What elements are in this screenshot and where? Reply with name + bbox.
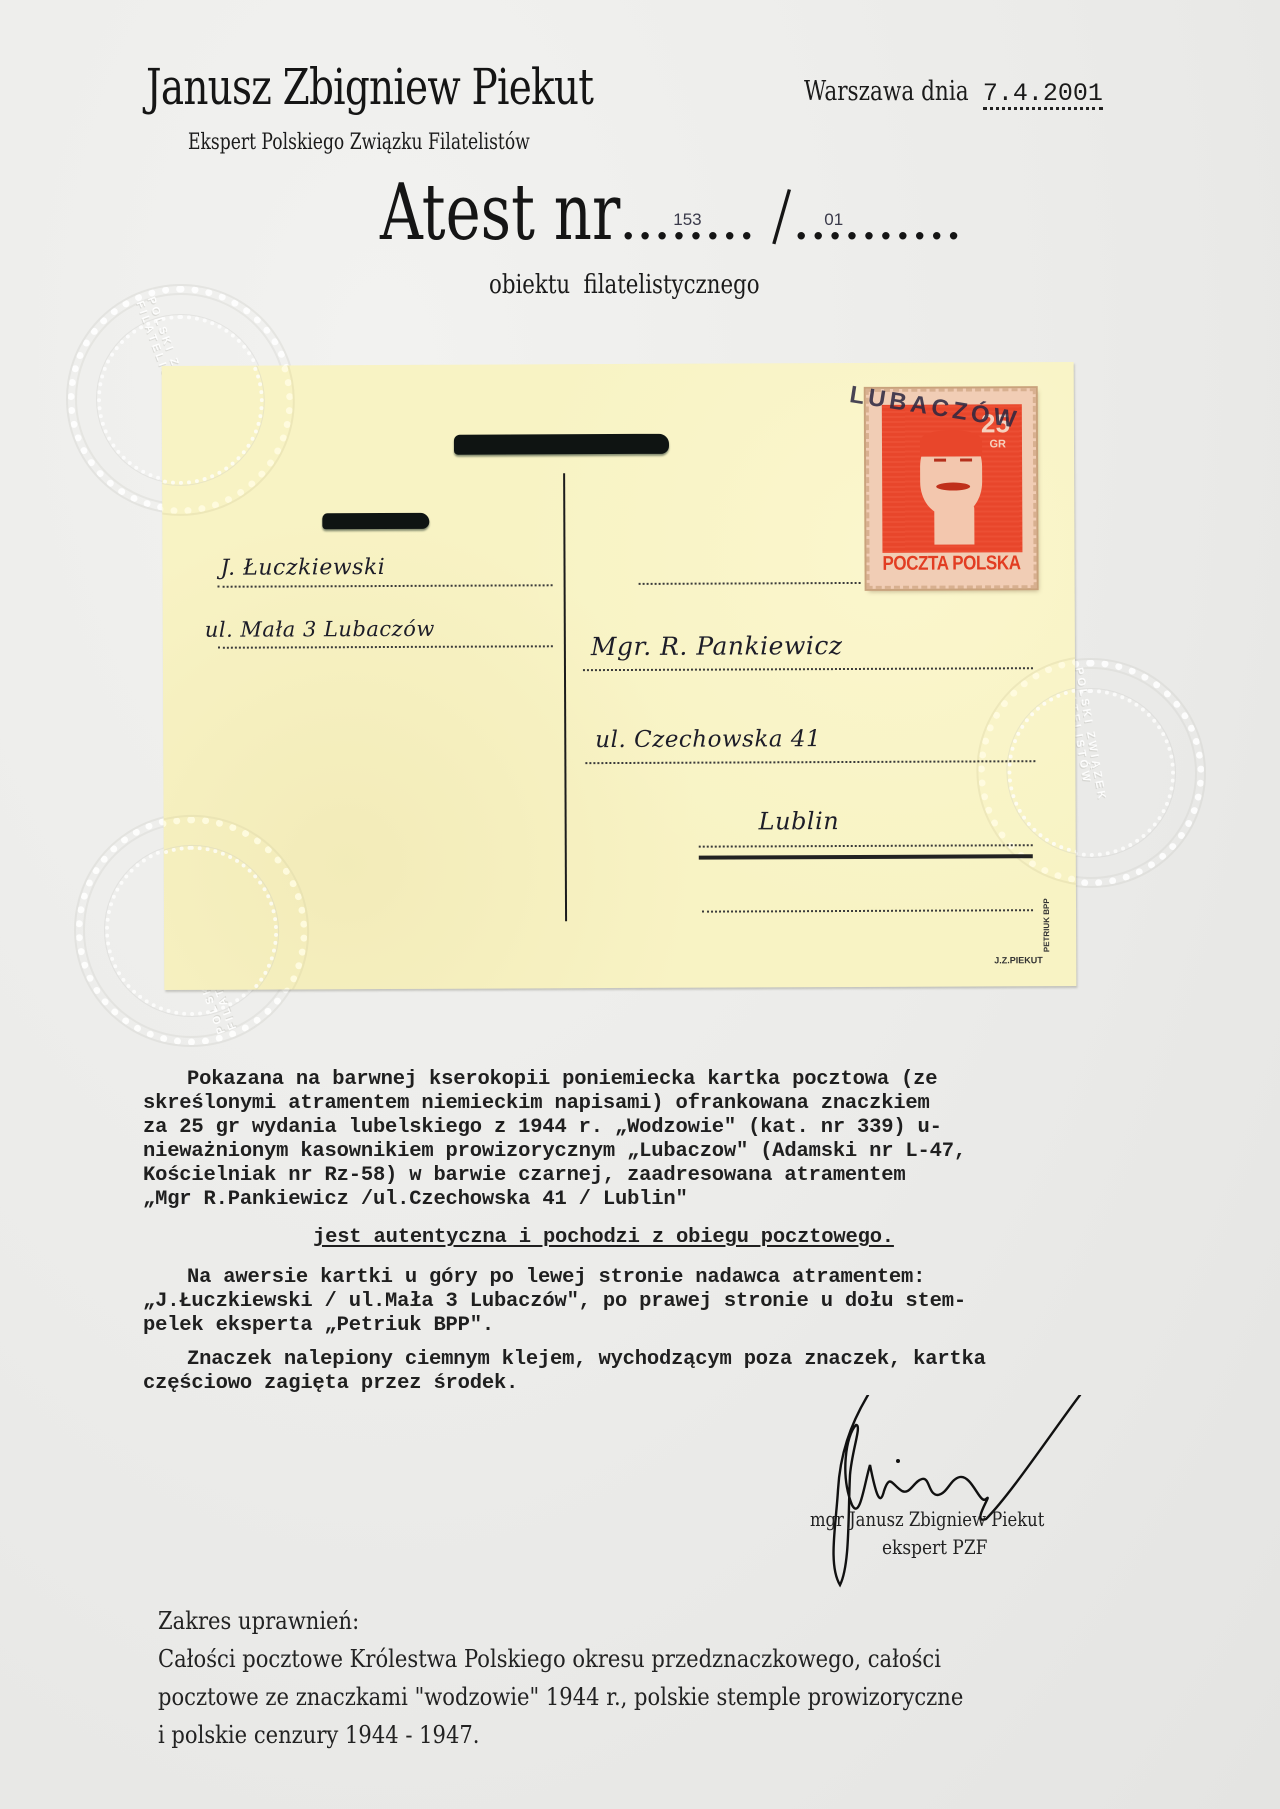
- scope-line: pocztowe ze znaczkami "wodzowie" 1944 r.…: [158, 1678, 1018, 1716]
- description-line: Na awersie kartki u góry po lewej stroni…: [143, 1266, 1243, 1290]
- scope-line: Całości pocztowe Królestwa Polskiego okr…: [158, 1640, 1018, 1678]
- redacted-text-bar: [454, 434, 669, 455]
- date-value: 7.4.2001: [983, 81, 1103, 110]
- signatory-title: ekspert PZF: [882, 1535, 987, 1559]
- certificate-title-label: Atest nr: [380, 168, 620, 258]
- certificate-year: 01: [824, 210, 843, 230]
- expert-mark-piekut: J.Z.PIEKUT: [994, 955, 1043, 965]
- redacted-text-bar: [322, 513, 429, 529]
- stamp-portrait-eye: [960, 458, 972, 461]
- sender-name-handwritten: J. Łuczkiewski: [220, 555, 385, 581]
- recipient-line-3: [699, 844, 1033, 847]
- certificate-subtitle: obiektu filatelistycznego: [489, 270, 760, 300]
- certificate-number-field: ........ 153: [621, 202, 773, 249]
- recipient-city-underline: [699, 854, 1033, 859]
- description-line: pelek eksperta „Petriuk BPP".: [143, 1314, 1243, 1338]
- stamp-portrait-neck: [934, 504, 974, 544]
- recipient-line-2: [585, 760, 1035, 764]
- postcard-image: J. Łuczkiewski ul. Mała 3 Lubaczów Mgr. …: [162, 362, 1077, 990]
- stamp-portrait-hair: [920, 430, 982, 456]
- description-line: Kościelniak nr Rz-58) w barwie czarnej, …: [143, 1164, 1243, 1188]
- description-line: Znaczek nalepiony ciemnym klejem, wychod…: [143, 1348, 1243, 1372]
- expert-mark-petriuk: PETRIUK BPP: [1042, 898, 1051, 952]
- dots: ..........: [794, 202, 963, 249]
- embossed-seal-overlay: [978, 657, 1076, 884]
- postcard-divider: [563, 473, 567, 921]
- scope-line: i polskie cenzury 1944 - 1947.: [158, 1716, 1018, 1754]
- certificate-title: Atest nr ........ 153 / .......... 01: [380, 168, 964, 258]
- recipient-line-1: [583, 667, 1033, 671]
- description-line: „J.Łuczkiewski / ul.Mała 3 Lubaczów", po…: [143, 1290, 1243, 1314]
- certificate-year-field: .......... 01: [794, 202, 963, 249]
- description-line: za 25 gr wydania lubelskiego z 1944 r. „…: [143, 1116, 1243, 1140]
- scope-of-authority: Zakres uprawnień: Całości pocztowe Króle…: [158, 1602, 1018, 1754]
- description-line: nieważnionym kasownikiem prowizorycznym …: [143, 1140, 1243, 1164]
- sender-line-2: [218, 645, 553, 648]
- description-line: Pokazana na barwnej kserokopii poniemiec…: [143, 1068, 1243, 1092]
- description-line: „Mgr R.Pankiewicz /ul.Czechowska 41 / Lu…: [143, 1188, 1243, 1212]
- handwritten-signature-icon: [810, 1395, 1110, 1595]
- description-line: częściowo zagięta przez środek.: [143, 1372, 1243, 1396]
- stamp-portrait-eye: [934, 459, 946, 462]
- recipient-line-0: [639, 582, 861, 585]
- recipient-line-4: [702, 909, 1033, 912]
- sender-address-handwritten: ul. Mała 3 Lubaczów: [205, 617, 435, 642]
- embossed-seal-overlay: [162, 816, 308, 990]
- certificate-slash: /: [771, 173, 792, 257]
- date-line: Warszawa dnia 7.4.2001: [804, 76, 1103, 110]
- scope-heading: Zakres uprawnień:: [158, 1602, 1018, 1640]
- stamp-caption: POCZTA POLSKA: [882, 552, 1021, 576]
- stamp-unit: GR: [989, 438, 1006, 450]
- embossed-seal-overlay: [162, 362, 294, 514]
- description-line: skreślonymi atramentem niemieckim napisa…: [143, 1092, 1243, 1116]
- sender-line-1: [218, 584, 553, 587]
- authenticity-verdict-text: jest autentyczna i pochodzi z obiegu poc…: [313, 1226, 894, 1249]
- recipient-street-handwritten: ul. Czechowska 41: [595, 726, 821, 753]
- recipient-city-handwritten: Lublin: [759, 807, 840, 835]
- certificate-description: Pokazana na barwnej kserokopii poniemiec…: [143, 1068, 1243, 1396]
- date-label: Warszawa dnia: [804, 76, 969, 107]
- certificate-number: 153: [673, 210, 701, 230]
- signatory-name: mgr Janusz Zbigniew Piekut: [810, 1507, 1044, 1531]
- expert-affiliation: Ekspert Polskiego Związku Filatelistów: [188, 130, 530, 155]
- authenticity-verdict: jest autentyczna i pochodzi z obiegu poc…: [143, 1226, 1243, 1250]
- recipient-name-handwritten: Mgr. R. Pankiewicz: [591, 631, 843, 661]
- expert-signature-block: mgr Janusz Zbigniew Piekut ekspert PZF: [810, 1395, 1110, 1595]
- expert-name-heading: Janusz Zbigniew Piekut: [146, 58, 593, 116]
